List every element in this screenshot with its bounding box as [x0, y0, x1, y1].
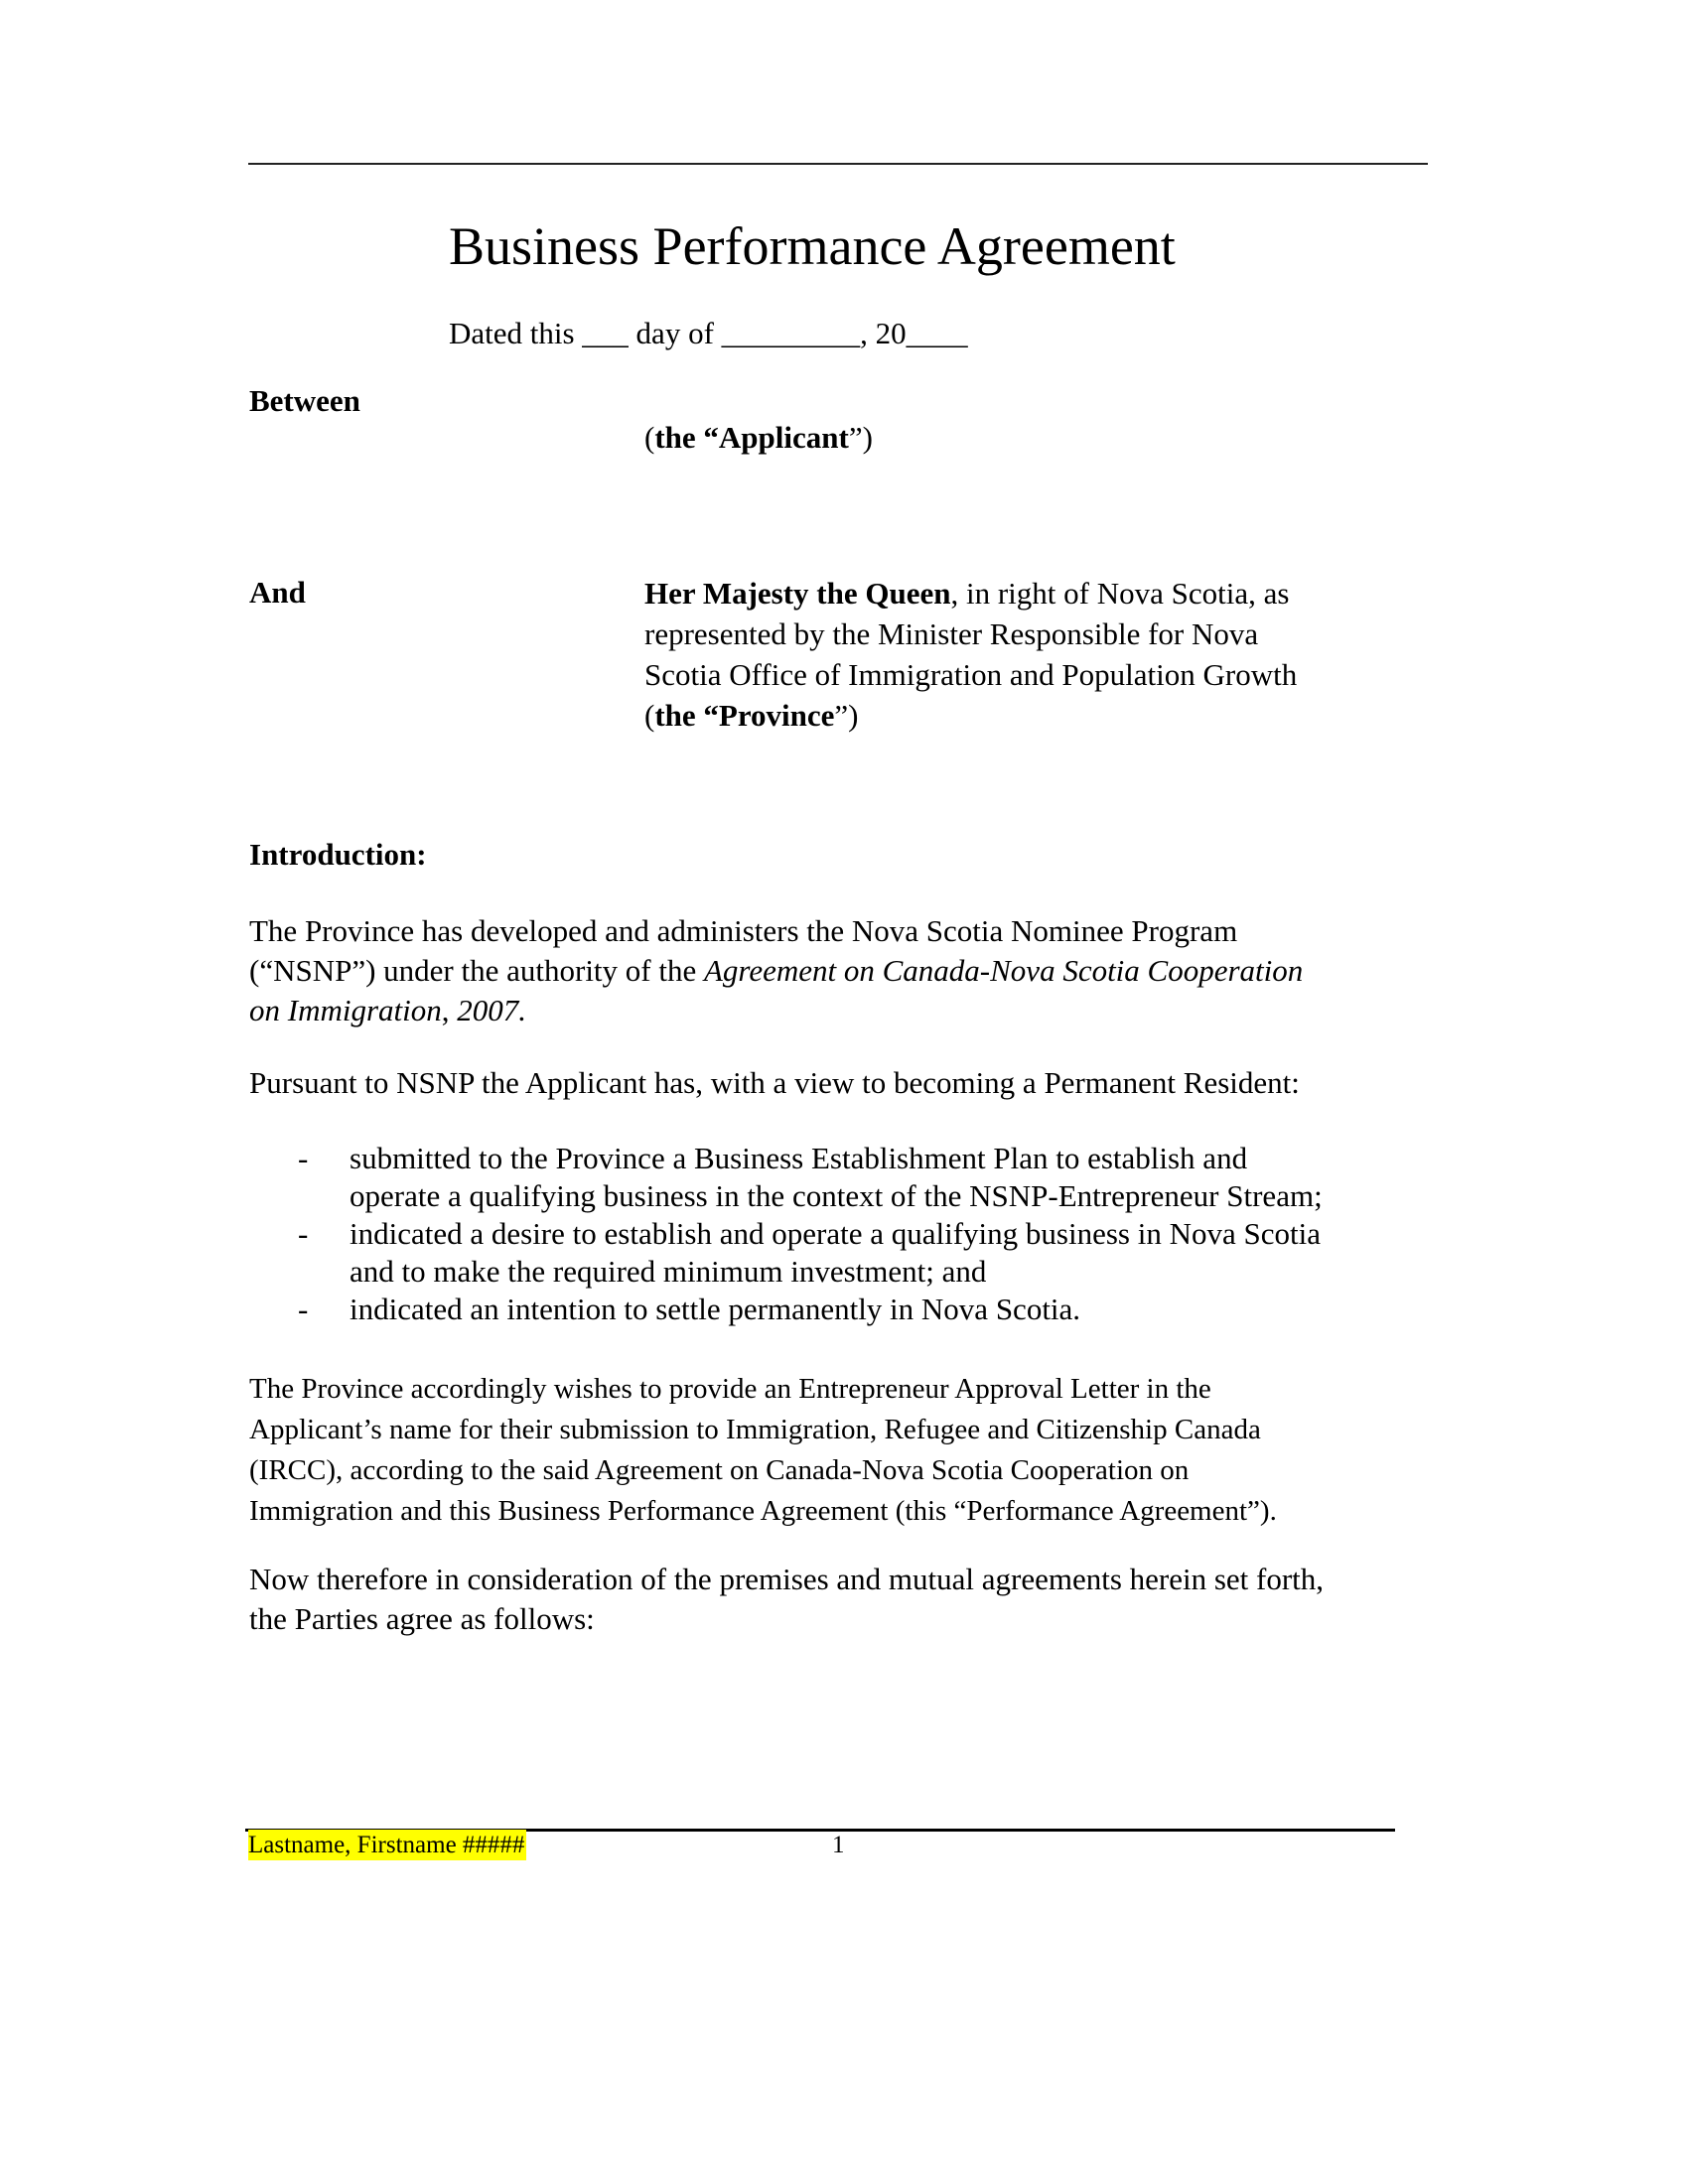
dash-bullet-icon: -	[298, 1291, 350, 1328]
list-item: - indicated a desire to establish and op…	[298, 1215, 1323, 1291]
and-label: And	[249, 573, 306, 613]
between-label: Between	[249, 381, 360, 421]
party-name: Her Majesty the Queen	[644, 576, 951, 611]
bullet-list: - submitted to the Province a Business E…	[298, 1140, 1323, 1328]
dated-line: Dated this ___ day of _________, 20____	[449, 314, 968, 353]
paragraph-approval-letter: The Province accordingly wishes to provi…	[249, 1369, 1277, 1532]
paragraph-now-therefore: Now therefore in consideration of the pr…	[249, 1560, 1324, 1639]
applicant-defined-term: (the “Applicant”)	[644, 418, 873, 458]
list-item: - indicated an intention to settle perma…	[298, 1291, 1323, 1328]
footer-applicant-name: Lastname, Firstname #####	[248, 1830, 526, 1860]
dash-bullet-icon: -	[298, 1215, 350, 1291]
introduction-heading: Introduction:	[249, 835, 427, 875]
page-number: 1	[832, 1830, 845, 1860]
province-party: Her Majesty the Queen, in right of Nova …	[644, 573, 1297, 736]
list-item: - submitted to the Province a Business E…	[298, 1140, 1323, 1215]
header-rule	[248, 163, 1428, 165]
dash-bullet-icon: -	[298, 1140, 350, 1215]
paragraph-nsnp: The Province has developed and administe…	[249, 911, 1303, 1030]
paragraph-pursuant: Pursuant to NSNP the Applicant has, with…	[249, 1063, 1300, 1103]
document-title: Business Performance Agreement	[449, 216, 1176, 276]
province-defined-term: (the “Province”)	[644, 695, 1297, 736]
